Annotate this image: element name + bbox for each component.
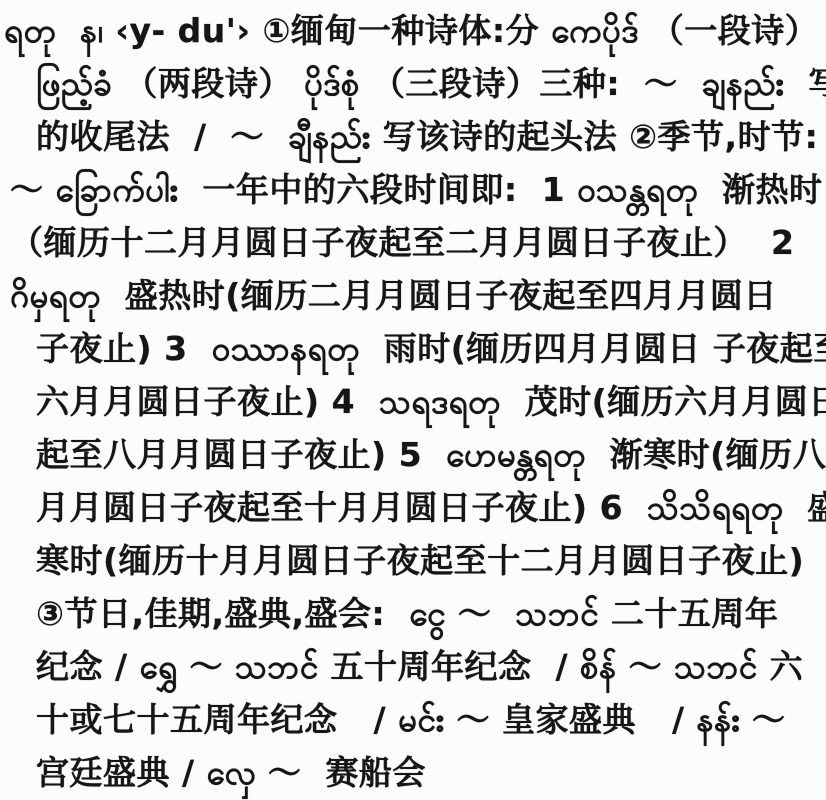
entry-line-6: ဂိမှရတု 盛热时(缅历二月月圆日子夜起至四月月圆日 [0,269,826,322]
entry-line-4: ～ ခြောက်ပါး 一年中的六段时间即: 1 ဝသန္တရတု 渐热时 [0,163,826,216]
entry-line-13: 纪念 / ရွှေ ～ သဘင် 五十周年纪念 / စိန် ～ သဘင် 六 [0,640,826,693]
dictionary-scan-page: ရတု န၊ ‹y- du'› ①缅甸一种诗体:分 ကေပိုဒ် （一段诗） … [0,0,826,800]
entry-line-12: ③节日,佳期,盛典,盛会: ငွေ ～ သဘင် 二十五周年 [0,587,826,640]
entry-line-11: 寒时(缅历十月月圆日子夜起至十二月月圆日子夜止) [0,534,826,587]
entry-line-15: 宫廷盛典 / လှေ ～ 赛船会 [0,746,826,799]
entry-line-9: 起至八月月圆日子夜止) 5 ဟေမန္တရတု 渐寒时(缅历八 [0,428,826,481]
entry-line-14: 十或七十五周年纪念 / မင်း ～ 皇家盛典 / နန်း ～ [0,693,826,746]
entry-line-7: 子夜止) 3 ဝဿာနရတု 雨时(缅历四月月圆日 子夜起至 [0,322,826,375]
entry-line-8: 六月月圆日子夜止) 4 သရဒရတု 茂时(缅历六月月圆日 [0,375,826,428]
dictionary-entry: ရတု န၊ ‹y- du'› ①缅甸一种诗体:分 ကေပိုဒ် （一段诗） … [0,4,826,799]
entry-line-5: （缅历十二月月圆日子夜起至二月月圆日子夜止） 2 [0,216,826,269]
entry-line-2: ဖြည့်ခံ （两段诗） ပိုဒ်စုံ （三段诗）三种: ～ ချနည်း… [0,57,826,110]
entry-line-3: 的收尾法 / ～ ချီနည်း 写该诗的起头法 ②季节,时节: [0,110,826,163]
entry-line-10: 月月圆日子夜起至十月月圆日子夜止) 6 သိသိရရတု 盛 [0,481,826,534]
entry-line-1-headword: ရတု န၊ ‹y- du'› ①缅甸一种诗体:分 ကေပိုဒ် （一段诗） … [0,4,826,57]
